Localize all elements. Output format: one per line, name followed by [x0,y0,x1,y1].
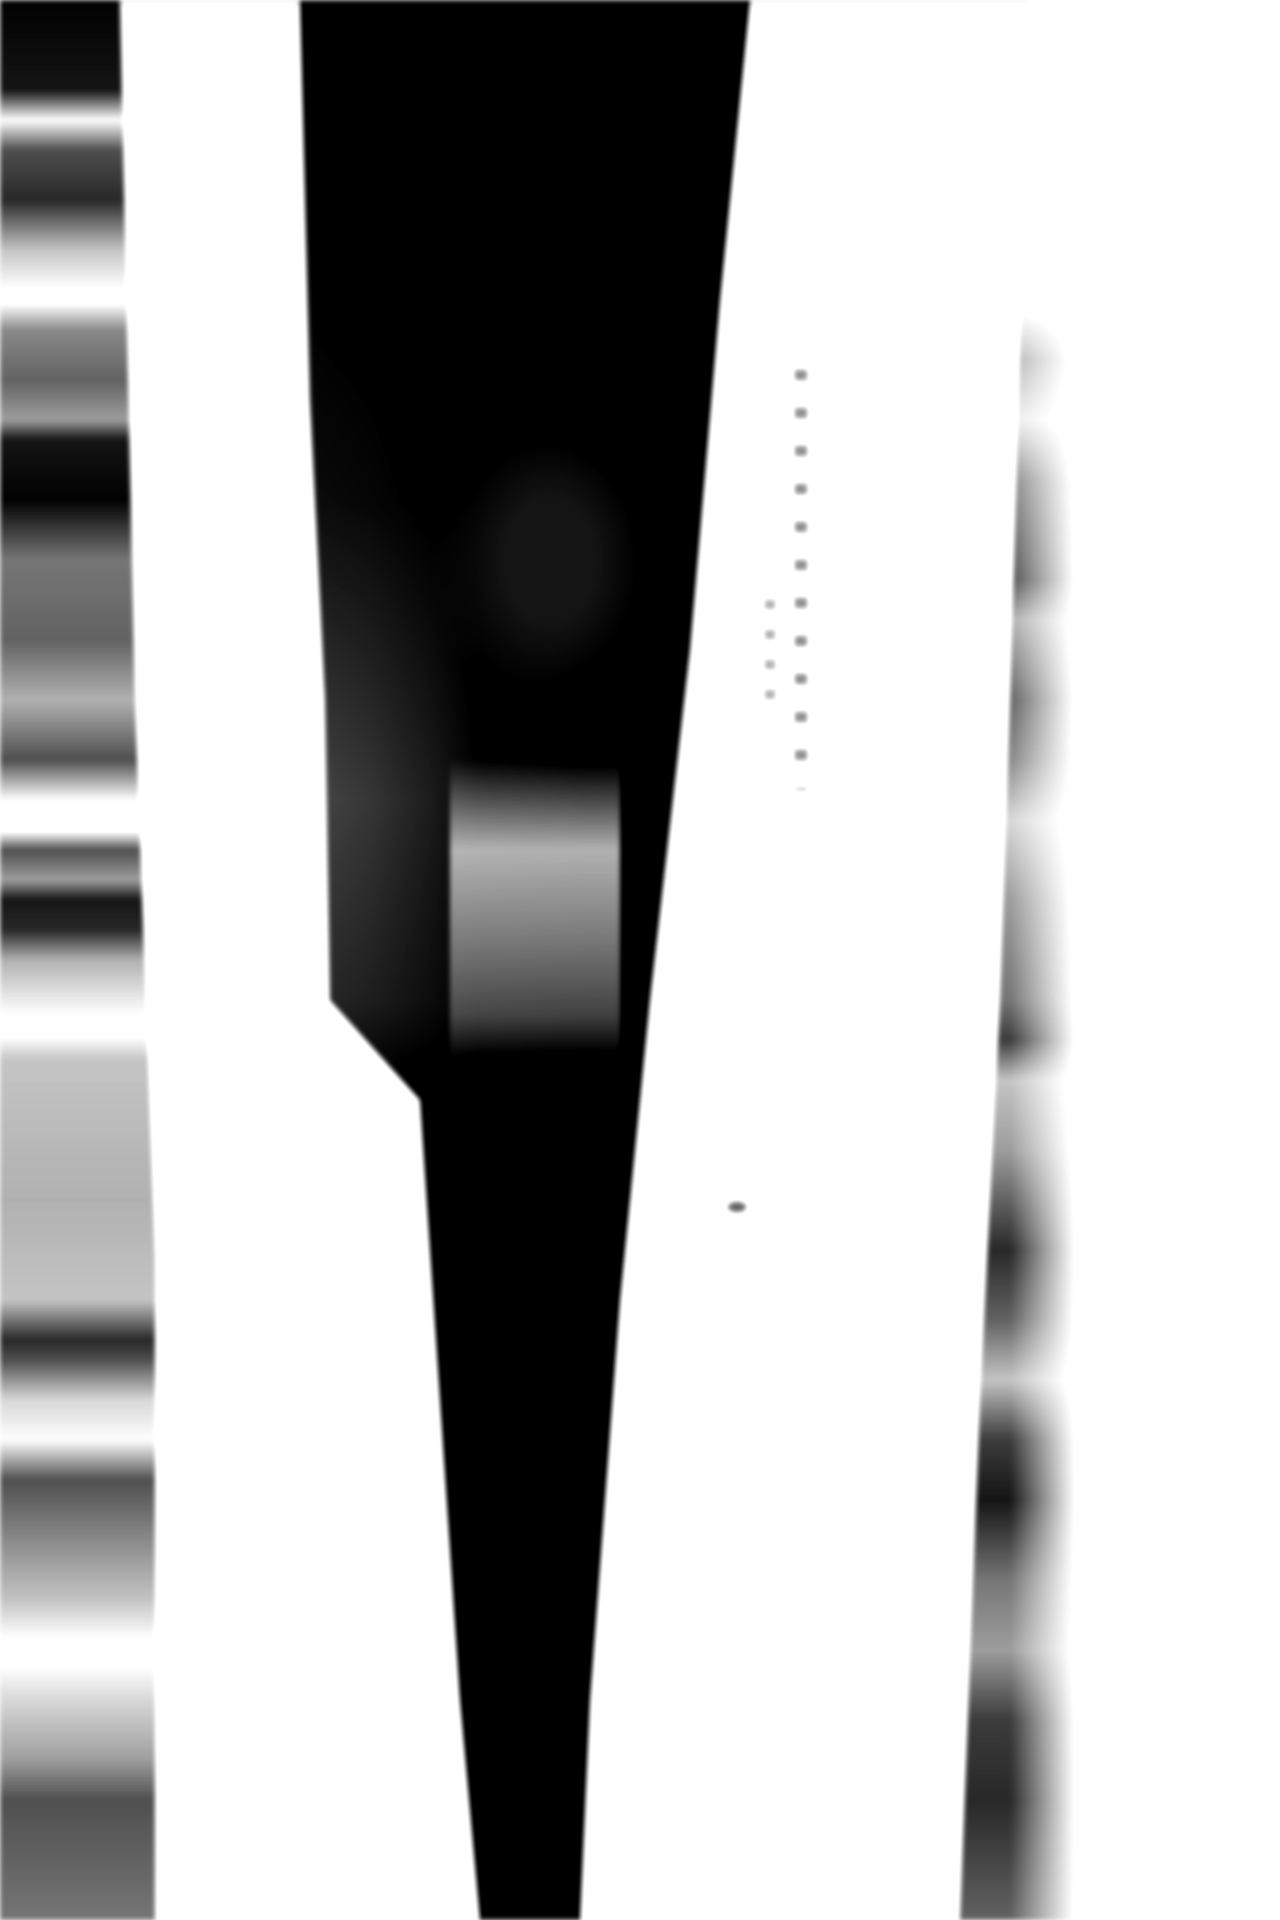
photo-scene [0,0,1280,1920]
speck [728,1202,746,1212]
dotted-line-secondary [765,600,775,710]
dotted-line [795,370,807,790]
right-column [960,0,1280,1920]
left-column [0,0,155,1920]
center-column-highlight [450,760,620,1060]
